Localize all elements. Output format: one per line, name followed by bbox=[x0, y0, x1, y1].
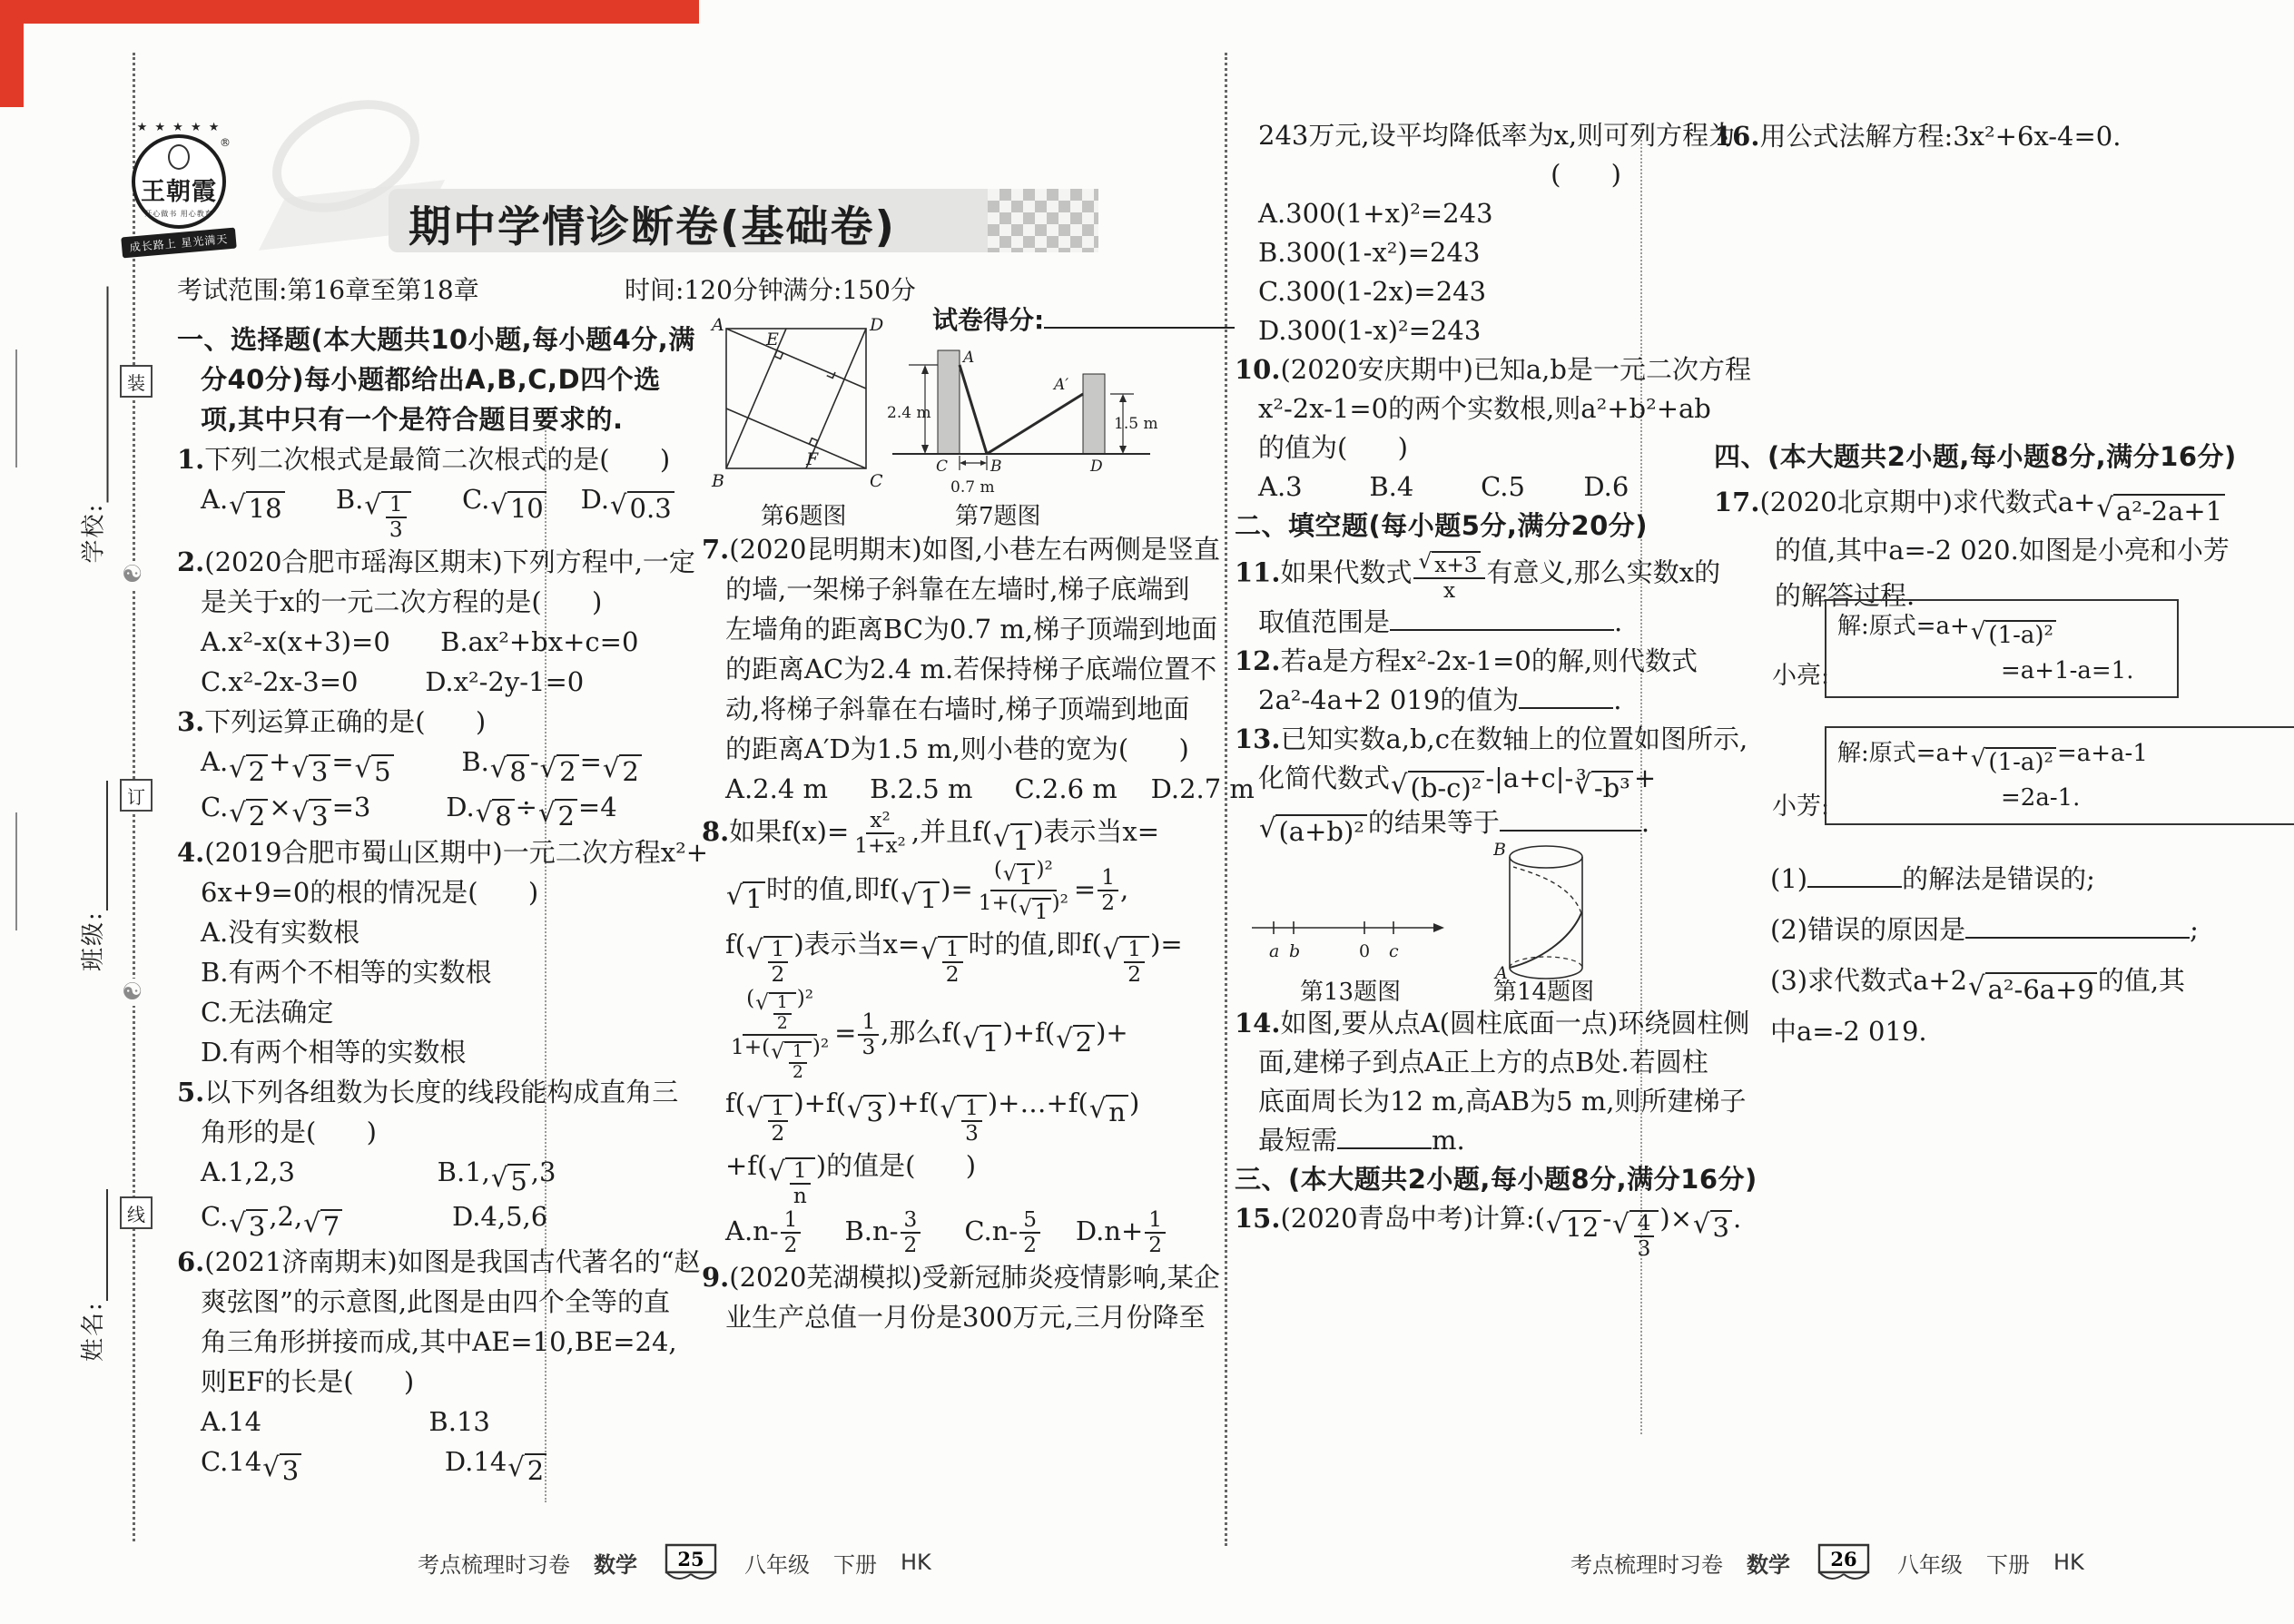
text-line: A.x²-x(x+3)=0 B.ax²+bx+c=0 bbox=[177, 622, 545, 662]
figure-q14-cylinder: B A bbox=[1493, 837, 1595, 993]
text-line: 取值范围是. bbox=[1235, 603, 1634, 642]
text-line: 14.如图,要从点A(圆柱底面一点)环绕圆柱侧 bbox=[1235, 1004, 1634, 1043]
text-line: ( ) bbox=[1235, 155, 1634, 194]
class-blank-line bbox=[86, 781, 108, 910]
text-line: A.√18 B.√13 C.√10 D.√0.3 bbox=[177, 479, 545, 542]
name-field: 姓名: bbox=[74, 1166, 108, 1362]
exam-time: 时间:120分钟 bbox=[625, 271, 783, 307]
text-line: A.3 B.4 C.5 D.6 bbox=[1235, 468, 1634, 507]
column-3-top: 243万元,设平均降低率为x,则可列方程为( )A.300(1+x)²=243B… bbox=[1235, 116, 1634, 848]
page-number: 26 bbox=[1830, 1548, 1856, 1570]
text-line: 4.(2019合肥市蜀山区期中)一元二次方程x²+ bbox=[177, 832, 545, 872]
text-line: C.√3,2,√7 D.4,5,6 bbox=[177, 1196, 545, 1242]
fig7-dim-right: 1.5 m bbox=[1114, 415, 1157, 433]
seal-char: 订 bbox=[127, 782, 145, 809]
class-field: 班级: bbox=[74, 758, 108, 971]
text-line: 最短需m. bbox=[1235, 1121, 1634, 1160]
fig13-tick-0: 0 bbox=[1359, 941, 1370, 961]
text-line: 7.(2020昆明期末)如图,小巷左右两侧是竖直 bbox=[702, 529, 1169, 569]
xiaofang-label: 小芳: bbox=[1772, 786, 1829, 822]
text-line: 1.下列二次根式是最简二次根式的是( ) bbox=[177, 439, 545, 479]
text-line: 角形的是( ) bbox=[177, 1112, 545, 1152]
column-4-subquestions: (1)的解法是错误的;(2)错误的原因是;(3)求代数式a+2√a²-6a+9的… bbox=[1770, 853, 2279, 1057]
page-number: 25 bbox=[677, 1548, 704, 1570]
score-blank-line bbox=[1044, 301, 1235, 329]
text-line: 3.下列运算正确的是( ) bbox=[177, 702, 545, 742]
school-label: 学校: bbox=[75, 503, 109, 564]
text-line: 一、选择题(本大题共10小题,每小题4分,满 bbox=[177, 320, 545, 359]
seal-box-ding: 订 bbox=[120, 779, 153, 812]
text-line: D.有两个相等的实数根 bbox=[177, 1032, 545, 1072]
text-line: B.有两个不相等的实数根 bbox=[177, 952, 545, 992]
yin-yang-decoration: ☯ bbox=[122, 979, 143, 1006]
seal-char: 线 bbox=[127, 1200, 145, 1226]
xiaoliang-label: 小亮: bbox=[1772, 655, 1829, 691]
red-left-bar bbox=[0, 0, 24, 107]
text-line: 9.(2020芜湖模拟)受新冠肺炎疫情影响,某企 bbox=[702, 1257, 1169, 1297]
text-line: =2a-1. bbox=[1837, 776, 2286, 820]
text-line: 243万元,设平均降低率为x,则可列方程为 bbox=[1235, 116, 1634, 155]
column-2: 7.(2020昆明期末)如图,小巷左右两侧是竖直的墙,一架梯子斜靠在左墙时,梯子… bbox=[702, 529, 1169, 1337]
text-line: (√12)²1+(√12)²=13,那么f(√1)+f(√2)+ bbox=[702, 987, 1169, 1082]
text-line: √1时的值,即f(√1)=(√1)²1+(√1)²=12, bbox=[702, 858, 1169, 924]
footer-volume: 下册 bbox=[1986, 1547, 2030, 1579]
red-top-bar bbox=[0, 0, 699, 24]
logo-stars: ★ ★ ★ ★ ★ bbox=[122, 122, 236, 134]
text-line: C.14√3 D.14√2 bbox=[177, 1442, 545, 1487]
footer-grade: 八年级 bbox=[744, 1547, 810, 1579]
figure-q13-number-line: a b 0 c bbox=[1248, 908, 1448, 966]
fig7-dim-bottom: 0.7 m bbox=[950, 478, 995, 497]
name-blank-line bbox=[86, 1189, 108, 1301]
column-3-bottom: 14.如图,要从点A(圆柱底面一点)环绕圆柱侧面,建梯子到点A正上方的点B处.若… bbox=[1235, 1004, 1634, 1261]
fig7-label-Aprime: A′ bbox=[1052, 376, 1068, 394]
text-line: 的值为( ) bbox=[1235, 428, 1634, 468]
figure-q13-caption: 第13题图 bbox=[1300, 973, 1401, 1007]
text-line: C.300(1-2x)=243 bbox=[1235, 272, 1634, 311]
circle-glyph: ☯ bbox=[122, 979, 143, 1006]
column-4-q17: 四、(本大题共2小题,每小题8分,满分16分)17.(2020北京期中)求代数式… bbox=[1714, 434, 2259, 618]
brand-motto: 开心做书 用心教育 bbox=[144, 209, 213, 219]
text-line: (1)的解法是错误的; bbox=[1770, 853, 2279, 904]
text-line: 6x+9=0的根的情况是( ) bbox=[177, 872, 545, 912]
footer-series: 考点梳理时习卷 bbox=[418, 1547, 570, 1579]
text-line: C.√2×√3=3 D.√8÷√2=4 bbox=[177, 787, 545, 832]
trim-mark bbox=[15, 349, 17, 468]
checker-decoration bbox=[988, 189, 1098, 252]
book-page-icon: 25 bbox=[661, 1541, 721, 1583]
circle-glyph: ☯ bbox=[122, 561, 143, 588]
school-blank-line bbox=[87, 287, 109, 503]
text-line: 的值,其中a=-2 020.如图是小亮和小芳 bbox=[1714, 527, 2259, 573]
text-line: D.300(1-x)²=243 bbox=[1235, 311, 1634, 350]
footer-page-25: 考点梳理时习卷 数学 25 八年级 下册 HK bbox=[418, 1541, 931, 1583]
name-label: 姓名: bbox=[74, 1301, 108, 1362]
fig7-dim-left: 2.4 m bbox=[887, 404, 931, 422]
text-line: 角三角形拼接而成,其中AE=10,BE=24, bbox=[177, 1322, 545, 1362]
registered-mark: ® bbox=[220, 136, 231, 149]
fig14-label-B: B bbox=[1493, 840, 1506, 860]
text-line: 则EF的长是( ) bbox=[177, 1362, 545, 1402]
text-line: A.没有实数根 bbox=[177, 912, 545, 952]
column-1: 一、选择题(本大题共10小题,每小题4分,满分40分)每小题都给出A,B,C,D… bbox=[177, 320, 545, 1486]
fig6-label-B: B bbox=[711, 471, 724, 491]
page-title: 期中学情诊断卷(基础卷) bbox=[409, 193, 896, 254]
text-line: 面,建梯子到点A正上方的点B处.若圆柱 bbox=[1235, 1043, 1634, 1082]
seal-char: 装 bbox=[127, 369, 145, 395]
fig13-tick-b: b bbox=[1289, 941, 1300, 961]
text-line: 8.如果f(x)=x²1+x²,并且f(√1)表示当x= bbox=[702, 809, 1169, 858]
portrait-icon bbox=[168, 144, 190, 170]
text-line: =a+1-a=1. bbox=[1837, 649, 2166, 693]
text-line: 二、填空题(每小题5分,满分20分) bbox=[1235, 507, 1634, 546]
text-line: 的墙,一架梯子斜靠在左墙时,梯子底端到 bbox=[702, 569, 1169, 609]
yin-yang-decoration: ☯ bbox=[122, 561, 143, 588]
trim-mark bbox=[15, 812, 17, 930]
footer-series: 考点梳理时习卷 bbox=[1570, 1547, 1723, 1579]
logo-circle: 王朝霞 开心做书 用心教育 bbox=[132, 134, 226, 229]
footer-code: HK bbox=[901, 1550, 931, 1575]
text-line: C.无法确定 bbox=[177, 992, 545, 1032]
column-4-q16: 16.用公式法解方程:3x²+6x-4=0. bbox=[1714, 116, 2259, 156]
text-line: 解:原式=a+√(1-a)²=a+a-1 bbox=[1837, 732, 2286, 776]
text-line: 16.用公式法解方程:3x²+6x-4=0. bbox=[1714, 116, 2259, 156]
footer-volume: 下册 bbox=[833, 1547, 877, 1579]
footer-subject: 数学 bbox=[1747, 1547, 1790, 1579]
text-line: 左墙角的距离BC为0.7 m,梯子顶端到地面 bbox=[702, 609, 1169, 649]
fig6-label-E: E bbox=[765, 330, 779, 349]
seal-box-xian: 线 bbox=[120, 1196, 153, 1229]
text-line: f(√12)+f(√3)+f(√13)+…+f(√n) bbox=[702, 1083, 1169, 1146]
text-line: 5.以下列各组数为长度的线段能构成直角三 bbox=[177, 1072, 545, 1112]
text-line: A.1,2,3 B.1,√5,3 bbox=[177, 1152, 545, 1197]
text-line: f(√12)表示当x=√12时的值,即f(√12)= bbox=[702, 924, 1169, 987]
xiaoliang-solution-box: 解:原式=a+√(1-a)²=a+1-a=1. bbox=[1825, 599, 2179, 698]
scanned-exam-spread: 装 ☯ 订 ☯ 线 学校: 班级: 姓名: ★ ★ ★ ★ ★ 王朝霞 开心做书… bbox=[0, 0, 2294, 1624]
text-line: 2.(2020合肥市瑶海区期末)下列方程中,一定 bbox=[177, 542, 545, 582]
text-line: 底面周长为12 m,高AB为5 m,则所建梯子 bbox=[1235, 1082, 1634, 1121]
text-line: 项,其中只有一个是符合题目要求的. bbox=[177, 399, 545, 439]
text-line: +f(√1n)的值是( ) bbox=[702, 1146, 1169, 1208]
text-line: A.2.4 m B.2.5 m C.2.6 m D.2.7 m bbox=[702, 769, 1169, 809]
text-line: 是关于x的一元二次方程的是( ) bbox=[177, 582, 545, 622]
text-line: 12.若a是方程x²-2x-1=0的解,则代数式 bbox=[1235, 642, 1634, 681]
text-line: A.14 B.13 bbox=[177, 1402, 545, 1442]
fig13-tick-c: c bbox=[1389, 941, 1399, 961]
fig6-label-C: C bbox=[870, 471, 883, 491]
text-line: C.x²-2x-3=0 D.x²-2y-1=0 bbox=[177, 662, 545, 702]
school-field: 学校: bbox=[75, 264, 109, 564]
text-line: 中a=-2 019. bbox=[1770, 1006, 2279, 1057]
fig7-label-A: A bbox=[961, 349, 974, 367]
text-line: 的距离AC为2.4 m.若保持梯子底端位置不 bbox=[702, 649, 1169, 689]
text-line: 11.如果代数式√x+3x有意义,那么实数x的 bbox=[1235, 546, 1634, 603]
text-line: 的距离A′D为1.5 m,则小巷的宽为( ) bbox=[702, 729, 1169, 769]
text-line: (3)求代数式a+2√a²-6a+9的值,其 bbox=[1770, 955, 2279, 1006]
footer-subject: 数学 bbox=[594, 1547, 637, 1579]
figure-q6-caption: 第6题图 bbox=[761, 497, 847, 531]
class-label: 班级: bbox=[74, 910, 108, 971]
text-line: 爽弦图”的示意图,此图是由四个全等的直 bbox=[177, 1282, 545, 1322]
brand-logo: ★ ★ ★ ★ ★ 王朝霞 开心做书 用心教育 ® 成长路上 星光满天 bbox=[122, 122, 236, 253]
text-line: B.300(1-x²)=243 bbox=[1235, 233, 1634, 272]
brand-name: 王朝霞 bbox=[141, 172, 217, 207]
text-line: 分40分)每小题都给出A,B,C,D四个选 bbox=[177, 359, 545, 399]
text-line: 2a²-4a+2 019的值为. bbox=[1235, 681, 1634, 720]
xiaofang-solution-box: 解:原式=a+√(1-a)²=a+a-1=2a-1. bbox=[1825, 726, 2294, 825]
footer-grade: 八年级 bbox=[1897, 1547, 1963, 1579]
exam-full-score: 满分:150分 bbox=[783, 271, 916, 307]
text-line: A.300(1+x)²=243 bbox=[1235, 194, 1634, 233]
text-line: 化简代数式√(b-c)²-|a+c|-∛-b³+ bbox=[1235, 759, 1634, 803]
figure-q7-caption: 第7题图 bbox=[955, 497, 1041, 531]
footer-code: HK bbox=[2053, 1550, 2084, 1575]
text-line: 13.已知实数a,b,c在数轴上的位置如图所示, bbox=[1235, 720, 1634, 759]
figure-q6-xianTu: A D B C E F bbox=[710, 316, 887, 497]
text-line: x²-2x-1=0的两个实数根,则a²+b²+ab bbox=[1235, 389, 1634, 428]
text-line: A.n-12 B.n-32 C.n-52 D.n+12 bbox=[702, 1208, 1169, 1257]
seal-box-zhuang: 装 bbox=[120, 365, 153, 398]
figure-q7-ladder: A A′ C B D 2.4 m 1.5 m 0.7 m bbox=[885, 338, 1157, 499]
fig13-tick-a: a bbox=[1269, 941, 1279, 961]
text-line: 动,将梯子斜靠在右墙时,梯子顶端到地面 bbox=[702, 689, 1169, 729]
text-line: 15.(2020青岛中考)计算:(√12-√43)×√3. bbox=[1235, 1199, 1634, 1261]
fig7-label-B: B bbox=[989, 458, 1002, 476]
text-line: (2)错误的原因是; bbox=[1770, 904, 2279, 955]
fig6-label-F: F bbox=[805, 449, 819, 469]
fig6-label-D: D bbox=[869, 316, 883, 335]
score-label: 试卷得分: bbox=[932, 305, 1044, 335]
text-line: 17.(2020北京期中)求代数式a+√a²-2a+1 bbox=[1714, 479, 2259, 527]
text-line: A.√2+√3=√5 B.√8-√2=√2 bbox=[177, 742, 545, 787]
fig6-label-A: A bbox=[710, 316, 724, 335]
fig7-label-D: D bbox=[1089, 458, 1103, 476]
exam-scope: 考试范围:第16章至第18章 bbox=[177, 271, 479, 307]
book-page-icon: 26 bbox=[1814, 1541, 1874, 1583]
text-line: 10.(2020安庆期中)已知a,b是一元二次方程 bbox=[1235, 350, 1634, 389]
text-line: 四、(本大题共2小题,每小题8分,满分16分) bbox=[1714, 434, 2259, 479]
text-line: 业生产总值一月份是300万元,三月份降至 bbox=[702, 1297, 1169, 1337]
text-line: 三、(本大题共2小题,每小题8分,满分16分) bbox=[1235, 1160, 1634, 1199]
text-line: 解:原式=a+√(1-a)² bbox=[1837, 605, 2166, 649]
figure-q14-caption: 第14题图 bbox=[1493, 973, 1594, 1007]
text-line: 6.(2021济南期末)如图是我国古代著名的“赵 bbox=[177, 1242, 545, 1282]
footer-page-26: 考点梳理时习卷 数学 26 八年级 下册 HK bbox=[1570, 1541, 2084, 1583]
brand-slogan-ribbon: 成长路上 星光满天 bbox=[121, 228, 237, 259]
fig7-label-C: C bbox=[936, 458, 948, 476]
